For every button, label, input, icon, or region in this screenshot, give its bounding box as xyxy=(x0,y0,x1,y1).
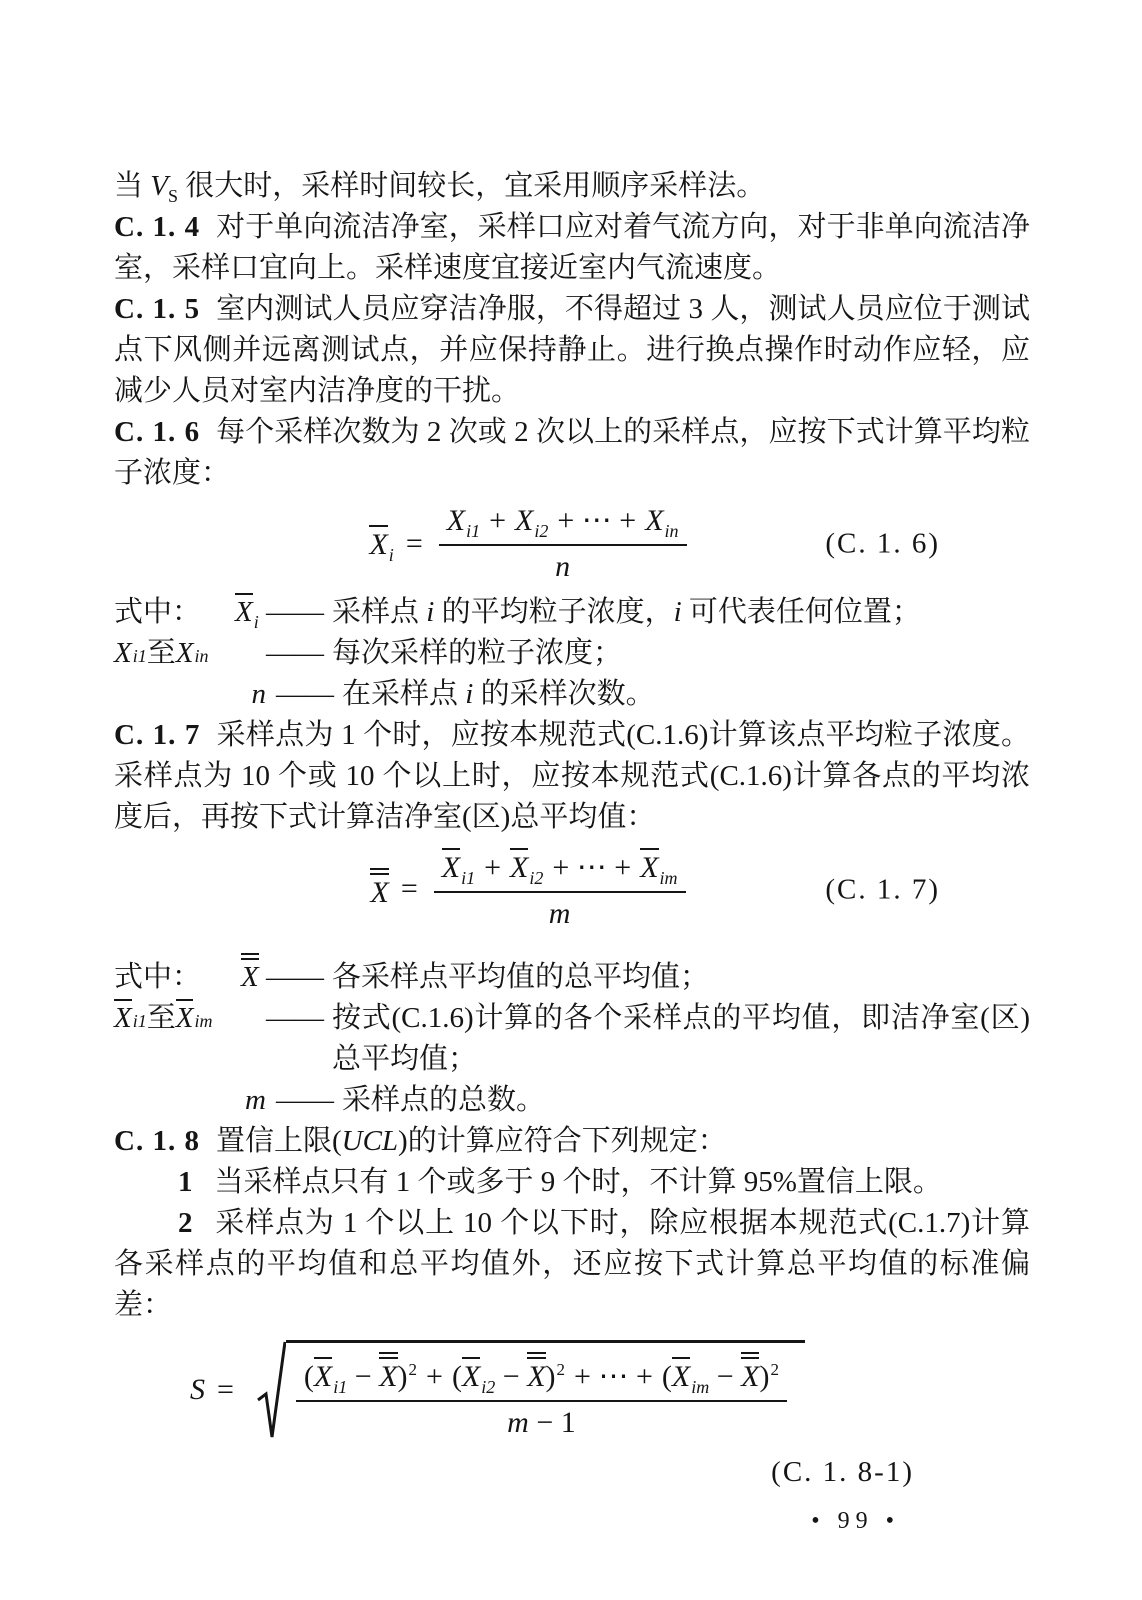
section-text: )的计算应符合下列规定： xyxy=(398,1125,727,1157)
overbar: X xyxy=(379,1357,397,1393)
overbar: X xyxy=(442,848,460,884)
math-var: m xyxy=(549,897,571,930)
section-label: C. 1. 7 xyxy=(114,719,200,751)
math-sub: in xyxy=(665,521,679,541)
formula-c18-math: S = (Xi1 − X)2+(Xi2 − X)2+ ⋯ +(Xim − X)2… xyxy=(190,1340,805,1440)
math-sub: im xyxy=(660,868,678,888)
double-overbar: X xyxy=(379,1352,397,1393)
math-var: m xyxy=(245,1080,266,1121)
math-var-v: V xyxy=(150,170,168,202)
radicand: (Xi1 − X)2+(Xi2 − X)2+ ⋯ +(Xim − X)2 m −… xyxy=(286,1340,805,1440)
math-var: X xyxy=(314,1360,332,1393)
overbar: X xyxy=(241,958,259,992)
text-run: 的平均粒子浓度， xyxy=(434,596,673,628)
overbar: X xyxy=(527,1357,545,1393)
list-item-2: 2采样点为 1 个以上 10 个以下时，除应根据本规范式(C.1.7)计算各采样… xyxy=(114,1203,1030,1326)
text-run: − 1 xyxy=(529,1406,576,1439)
math-var: X xyxy=(462,1360,480,1393)
fraction: (Xi1 − X)2+(Xi2 − X)2+ ⋯ +(Xim − X)2 m −… xyxy=(296,1352,787,1440)
text-run: 当 xyxy=(114,170,150,202)
overbar: X xyxy=(370,873,388,909)
text-run: ) xyxy=(398,1360,408,1393)
section-text: 每个采样次数为 2 次或 2 次以上的采样点，应按下式计算平均粒子浓度： xyxy=(114,416,1030,489)
text-run: ( xyxy=(452,1360,462,1393)
math-var: X xyxy=(741,1360,759,1393)
plus-dots: + ⋯ + xyxy=(574,1360,653,1393)
overbar: X xyxy=(672,1357,690,1393)
section-c14: C. 1. 4对于单向流洁净室，采样口应对着气流方向，对于非单向流洁净室，采样口… xyxy=(114,207,1030,289)
minus-sign: − xyxy=(347,1360,379,1393)
math-var: X xyxy=(241,961,259,993)
em-dash: —— xyxy=(266,957,324,998)
formula-c17-math: X = Xi1+Xi2+ ⋯ +Xim m xyxy=(370,848,689,931)
section-c17: C. 1. 7采样点为 1 个时，应按本规范式(C.1.6)计算该点平均粒子浓度… xyxy=(114,715,1030,838)
minus-sign: − xyxy=(495,1360,527,1393)
equals-sign: = xyxy=(217,1373,234,1408)
text-run: ) xyxy=(759,1360,769,1393)
term-symbol: X xyxy=(241,953,266,998)
definition-term: m xyxy=(114,1080,276,1121)
text-run: 式中： xyxy=(114,957,201,998)
square-root: (Xi1 − X)2+(Xi2 − X)2+ ⋯ +(Xim − X)2 m −… xyxy=(256,1340,805,1440)
radical-sign-icon xyxy=(256,1340,286,1440)
math-sub: i1 xyxy=(461,868,475,888)
double-overbar: X xyxy=(527,1352,545,1393)
math-var: X xyxy=(515,504,533,537)
definition-term: Xi1 至 Xim xyxy=(114,998,266,1039)
text-run: 很大时，采样时间较长，宜采用顺序采样法。 xyxy=(178,170,765,202)
overbar: X xyxy=(640,848,658,884)
equals-sign: = xyxy=(401,872,418,907)
formula-lhs: Xi xyxy=(369,525,393,563)
exponent: 2 xyxy=(409,1360,418,1379)
text-run: ( xyxy=(304,1360,314,1393)
math-var: n xyxy=(555,550,570,583)
plus-dots: + ⋯ + xyxy=(552,851,631,884)
text-run: 采样点 xyxy=(332,596,426,628)
definition-desc: 采样点 i 的平均粒子浓度，i 可代表任何位置； xyxy=(332,592,1030,633)
definition-term: n xyxy=(114,674,276,715)
section-text: 置信上限( xyxy=(216,1125,342,1157)
math-var: X xyxy=(447,504,465,537)
term-symbol: Xi xyxy=(235,592,266,633)
formula-c16-math: Xi = Xi1+Xi2+ ⋯ +Xin n xyxy=(369,504,690,584)
math-var-ucl: UCL xyxy=(342,1125,398,1157)
numerator: Xi1+Xi2+ ⋯ +Xim xyxy=(434,848,686,891)
formula-c18-1: S = (Xi1 − X)2+(Xi2 − X)2+ ⋯ +(Xim − X)2… xyxy=(114,1340,1030,1440)
text-run: 在采样点 xyxy=(342,678,465,710)
exponent: 2 xyxy=(557,1360,566,1379)
definition-row: n —— 在采样点 i 的采样次数。 xyxy=(114,674,1030,715)
definition-term: Xi1 至 Xin xyxy=(114,633,266,674)
math-var: X xyxy=(369,528,387,561)
definition-term: 式中：Xi xyxy=(114,592,266,633)
double-overbar: X xyxy=(370,868,388,909)
math-var: X xyxy=(176,633,194,674)
definition-row: 式中：Xi —— 采样点 i 的平均粒子浓度，i 可代表任何位置； xyxy=(114,592,1030,633)
formula-tag-c18-1: (C. 1. 8-1) xyxy=(114,1452,1030,1493)
em-dash: —— xyxy=(266,633,324,674)
paragraph-intro: 当 VS 很大时，采样时间较长，宜采用顺序采样法。 xyxy=(114,166,1030,207)
math-var: X xyxy=(672,1360,690,1393)
definition-desc: 采样点的总数。 xyxy=(342,1080,1030,1121)
math-sub: im xyxy=(691,1377,709,1397)
math-var: X xyxy=(114,633,132,674)
section-label: C. 1. 4 xyxy=(114,211,200,243)
definition-row: 式中：X —— 各采样点平均值的总平均值； xyxy=(114,953,1030,998)
math-var: X xyxy=(640,851,658,884)
double-overbar: X xyxy=(741,1352,759,1393)
section-c18: C. 1. 8置信上限(UCL)的计算应符合下列规定： xyxy=(114,1121,1030,1162)
text-run: ( xyxy=(662,1360,672,1393)
math-var: X xyxy=(510,851,528,884)
overbar: X xyxy=(114,999,132,1033)
item-number: 1 xyxy=(178,1162,193,1203)
definition-row: Xi1 至 Xin —— 每次采样的粒子浓度； xyxy=(114,633,1030,674)
math-var: X xyxy=(645,504,663,537)
formula-c16: Xi = Xi1+Xi2+ ⋯ +Xin n (C. 1. 6) xyxy=(114,504,1030,584)
math-var: X xyxy=(442,851,460,884)
equals-sign: = xyxy=(406,527,423,562)
math-var: X xyxy=(370,876,388,909)
overbar: X xyxy=(741,1357,759,1393)
overbar: X xyxy=(314,1357,332,1393)
item-text: 采样点为 1 个以上 10 个以下时，除应根据本规范式(C.1.7)计算各采样点… xyxy=(114,1207,1030,1321)
math-var: X xyxy=(527,1360,545,1393)
math-var-i: i xyxy=(674,596,682,628)
math-var: m xyxy=(507,1406,529,1439)
overbar: X xyxy=(510,848,528,884)
fraction: Xi1+Xi2+ ⋯ +Xin n xyxy=(439,504,687,584)
math-sub: i xyxy=(389,545,394,565)
math-sub: i2 xyxy=(534,521,548,541)
math-sub: i1 xyxy=(466,521,480,541)
em-dash: —— xyxy=(266,592,324,633)
formula-tag-c17: (C. 1. 7) xyxy=(825,869,940,910)
math-sub: i2 xyxy=(529,868,543,888)
document-page: 当 VS 很大时，采样时间较长，宜采用顺序采样法。 C. 1. 4对于单向流洁净… xyxy=(0,0,1142,1600)
text-run: ) xyxy=(546,1360,556,1393)
plus-sign: + xyxy=(426,1360,443,1393)
exponent: 2 xyxy=(770,1360,779,1379)
em-dash: —— xyxy=(276,674,334,715)
math-var: X xyxy=(176,1002,194,1034)
math-sub: i xyxy=(254,612,259,632)
section-text: 采样点为 1 个时，应按本规范式(C.1.6)计算该点平均粒子浓度。采样点为 1… xyxy=(114,719,1030,833)
numerator: Xi1+Xi2+ ⋯ +Xin xyxy=(439,504,687,544)
item-number: 2 xyxy=(178,1203,193,1244)
definition-desc: 在采样点 i 的采样次数。 xyxy=(342,674,1030,715)
section-label: C. 1. 5 xyxy=(114,293,200,325)
text-run: 的采样次数。 xyxy=(473,678,654,710)
page-number: • 99 • xyxy=(114,1501,1030,1542)
math-sub: i1 xyxy=(333,1377,347,1397)
denominator: m xyxy=(434,891,686,932)
definition-desc: 各采样点平均值的总平均值； xyxy=(332,957,1030,998)
denominator: n xyxy=(439,544,687,585)
math-var: X xyxy=(114,1002,132,1034)
definition-term: 式中：X xyxy=(114,953,266,998)
text-run: 至 xyxy=(147,633,176,674)
minus-sign: − xyxy=(709,1360,741,1393)
formula-lhs: X xyxy=(370,868,388,911)
fraction: Xi1+Xi2+ ⋯ +Xim m xyxy=(434,848,686,931)
text-run: 式中： xyxy=(114,592,201,633)
math-var: X xyxy=(235,596,253,628)
plus-sign: + xyxy=(489,504,506,537)
list-item-1: 1当采样点只有 1 个或多于 9 个时，不计算 95%置信上限。 xyxy=(114,1162,1030,1203)
overbar: X xyxy=(369,525,387,561)
em-dash: —— xyxy=(266,998,324,1039)
denominator: m − 1 xyxy=(296,1400,787,1441)
math-var-s: S xyxy=(190,1373,205,1408)
text-run: 至 xyxy=(147,998,176,1039)
formula-c17: X = Xi1+Xi2+ ⋯ +Xim m (C. 1. 7) xyxy=(114,848,1030,931)
section-label: C. 1. 8 xyxy=(114,1125,200,1157)
section-text: 室内测试人员应穿洁净服，不得超过 3 人，测试人员应位于测试点下风侧并远离测试点… xyxy=(114,293,1030,407)
section-text: 对于单向流洁净室，采样口应对着气流方向，对于非单向流洁净室，采样口宜向上。采样速… xyxy=(114,211,1030,284)
overbar: X xyxy=(462,1357,480,1393)
numerator: (Xi1 − X)2+(Xi2 − X)2+ ⋯ +(Xim − X)2 xyxy=(296,1352,787,1400)
double-overbar: X xyxy=(241,953,259,992)
formula-tag-c16: (C. 1. 6) xyxy=(825,524,940,565)
plus-sign: + xyxy=(484,851,501,884)
em-dash: —— xyxy=(276,1080,334,1121)
math-sub: S xyxy=(168,186,178,206)
section-label: C. 1. 6 xyxy=(114,416,200,448)
math-var: n xyxy=(252,674,267,715)
text-run: 可代表任何位置； xyxy=(682,596,921,628)
section-c16: C. 1. 6每个采样次数为 2 次或 2 次以上的采样点，应按下式计算平均粒子… xyxy=(114,412,1030,494)
math-var: X xyxy=(379,1360,397,1393)
overbar: X xyxy=(176,999,194,1033)
plus-dots: + ⋯ + xyxy=(557,504,636,537)
definition-desc: 按式(C.1.6)计算的各个采样点的平均值，即洁净室(区)总平均值； xyxy=(332,998,1030,1080)
definition-row: Xi1 至 Xim —— 按式(C.1.6)计算的各个采样点的平均值，即洁净室(… xyxy=(114,998,1030,1080)
math-sub: i2 xyxy=(481,1377,495,1397)
section-c15: C. 1. 5室内测试人员应穿洁净服，不得超过 3 人，测试人员应位于测试点下风… xyxy=(114,289,1030,412)
definition-desc: 每次采样的粒子浓度； xyxy=(332,633,1030,674)
overbar: X xyxy=(235,593,253,627)
item-text: 当采样点只有 1 个或多于 9 个时，不计算 95%置信上限。 xyxy=(215,1166,942,1198)
definition-row: m —— 采样点的总数。 xyxy=(114,1080,1030,1121)
